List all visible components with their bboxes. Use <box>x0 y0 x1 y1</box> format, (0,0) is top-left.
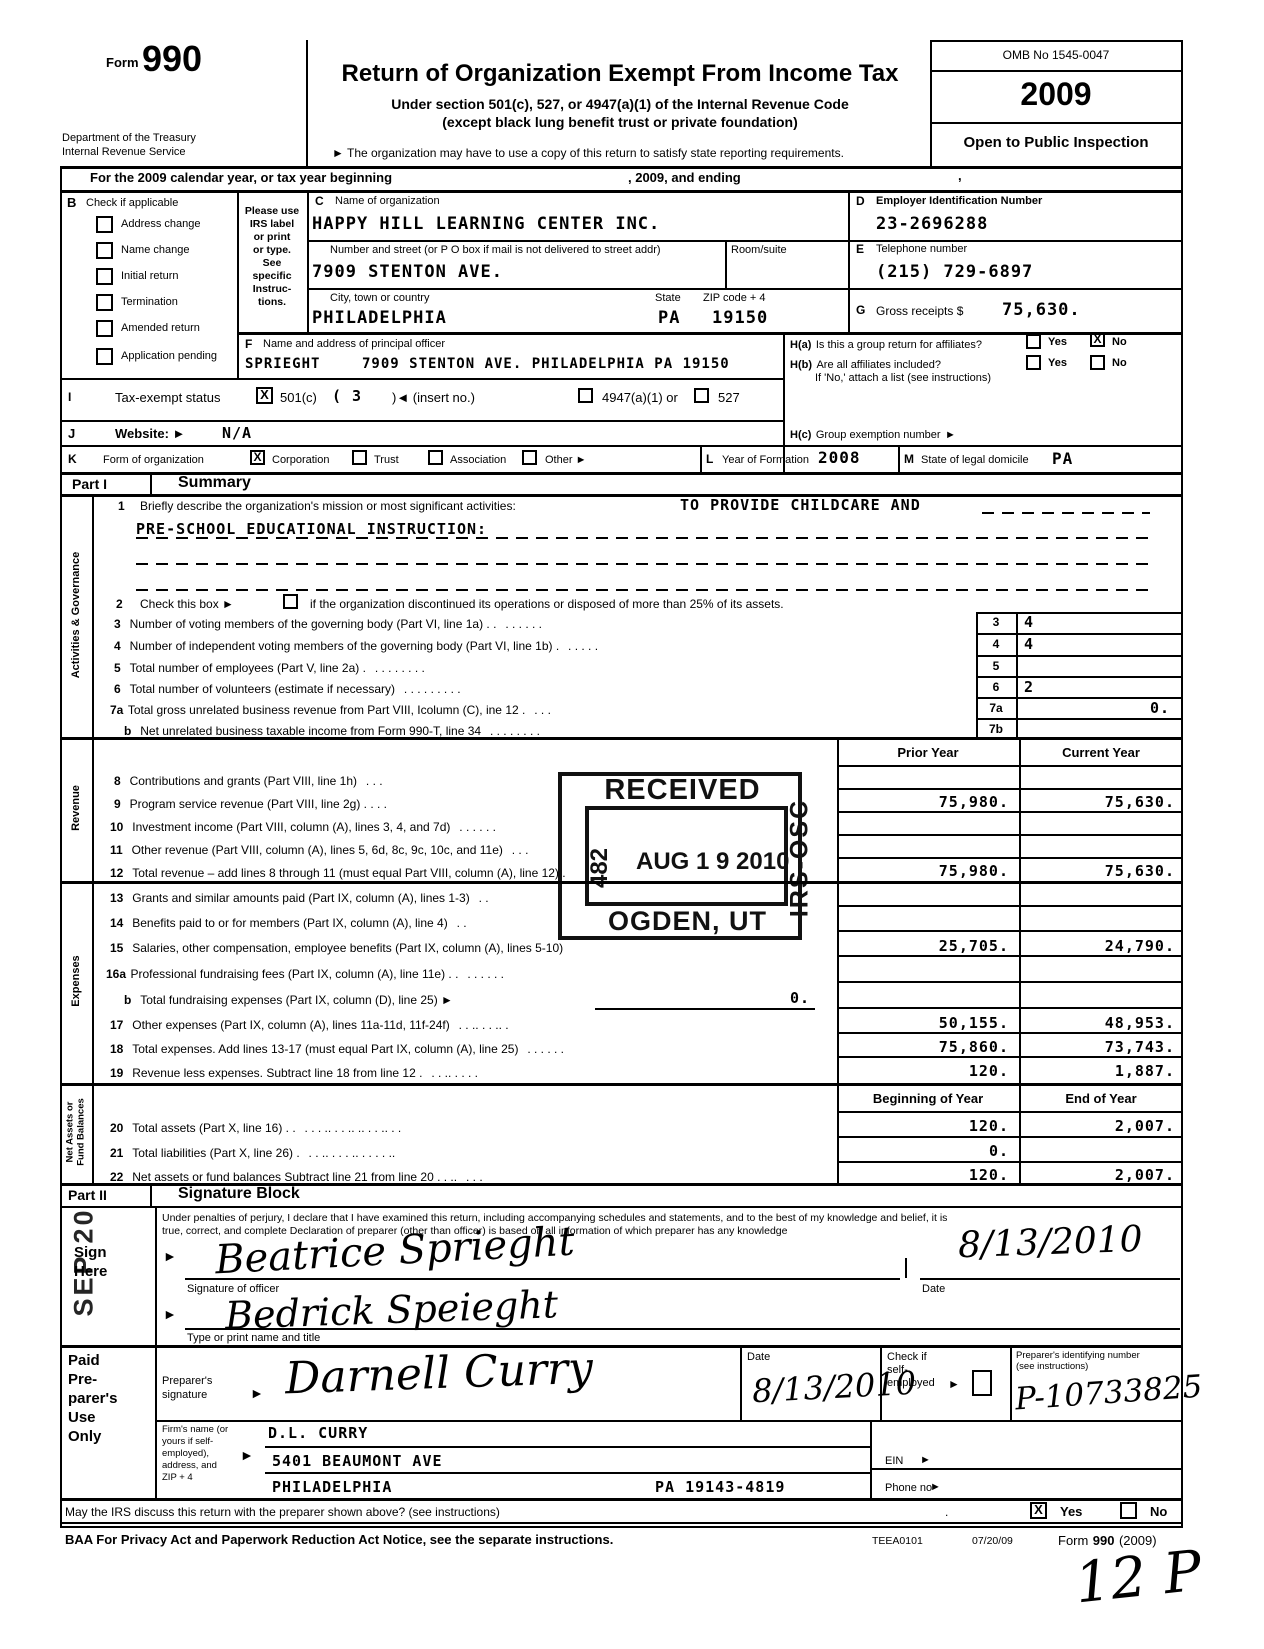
line-19: 19 Revenue less expenses. Subtract line … <box>110 1064 834 1082</box>
line14-label: Benefits paid to or for members (Part IX… <box>132 916 447 930</box>
stamp-number: 482 <box>586 848 614 888</box>
line2-pre: Check this box ► <box>140 597 234 611</box>
line-4: 4 Number of independent voting members o… <box>114 637 964 655</box>
line6-value: 2 <box>1024 678 1034 696</box>
ha-no-label: No <box>1112 336 1127 348</box>
header-note: ► The organization may have to use a cop… <box>332 146 932 160</box>
firm-label-5: ZIP + 4 <box>162 1472 193 1483</box>
divider <box>155 1420 1183 1422</box>
line7b-label: Net unrelated business taxable income fr… <box>140 724 481 738</box>
tax-year-line-end: , 2009, and ending <box>628 170 741 185</box>
leader-dots: . . . . . . . . <box>375 661 425 675</box>
form-subtitle2: (except black lung benefit trust or priv… <box>310 114 930 130</box>
divider <box>92 494 94 1183</box>
ptin-value: P-10733825 <box>1014 1369 1203 1418</box>
divider <box>60 378 783 380</box>
officer-date-label: Date <box>922 1283 945 1295</box>
page-right-border <box>1181 40 1183 1526</box>
section-b-label: B <box>67 195 76 210</box>
part1-title: Summary <box>178 474 251 492</box>
section-c-label: C <box>315 194 324 208</box>
divider <box>848 190 850 332</box>
divider <box>930 70 1183 72</box>
checkbox-application-pending <box>96 348 113 365</box>
part2-label: Part II <box>68 1187 107 1203</box>
leader-dots: . . . <box>466 1170 483 1184</box>
sidebar-governance: Activities & Governance <box>70 552 82 679</box>
divider <box>725 240 727 288</box>
leader-dots: . . . . . . . . . <box>404 682 461 696</box>
line9-prior: 75,980. <box>847 793 1009 811</box>
line7a-value: 0. <box>1020 699 1170 717</box>
hc-arrow: ► <box>945 429 956 441</box>
page-left-border <box>60 168 62 1526</box>
form-footer-num: 990 <box>1093 1533 1115 1548</box>
year-formation-heading: Year of Formation <box>722 454 809 466</box>
line12-current: 75,630. <box>1027 862 1175 880</box>
section-m-label: M <box>904 452 914 466</box>
line6-label: Total number of volunteers (estimate if … <box>130 682 395 696</box>
line17-current: 48,953. <box>1027 1014 1175 1032</box>
domicile-heading: State of legal domicile <box>921 454 1029 466</box>
line21-boy: 0. <box>847 1142 1009 1160</box>
phone-arrow: ► <box>930 1481 941 1493</box>
section-g-label: G <box>856 303 865 317</box>
line12-prior: 75,980. <box>847 862 1009 880</box>
leader-dots: . . . . . . . . <box>490 724 540 738</box>
ptin-label-2: (see instructions) <box>1016 1361 1088 1372</box>
line-6: 6 Total number of volunteers (estimate i… <box>114 680 964 698</box>
divider <box>976 612 1183 614</box>
self-employed-arrow: ► <box>948 1377 960 1391</box>
divider <box>837 1032 1183 1034</box>
domicile-value: PA <box>1052 449 1073 468</box>
line4-num: 4 <box>114 639 121 653</box>
divider <box>837 981 1183 983</box>
baa-notice: BAA For Privacy Act and Paperwork Reduct… <box>65 1532 613 1547</box>
leader-dots: . . . . . . <box>505 617 542 631</box>
line15-prior: 25,705. <box>847 937 1009 955</box>
firm-state-zip-value: PA 19143-4819 <box>655 1478 785 1496</box>
501c-x: X <box>260 387 269 402</box>
label-4947: 4947(a)(1) or <box>602 390 678 405</box>
divider <box>307 190 309 332</box>
hb-yes-label: Yes <box>1048 357 1067 369</box>
sidebar-net-assets-1: Net Assets or <box>65 1102 76 1163</box>
checkbox-hb-no <box>1090 355 1105 370</box>
label-initial-return: Initial return <box>121 270 178 282</box>
line-15: 15 Salaries, other compensation, employe… <box>110 939 834 957</box>
line16b-label: Total fundraising expenses (Part IX, col… <box>140 993 453 1007</box>
firm-label-3: employed), <box>162 1448 209 1459</box>
divider <box>837 1007 1183 1009</box>
checkbox-address-change <box>96 216 113 233</box>
divider <box>837 905 1183 907</box>
handwritten-scribble: 12 P <box>1072 1539 1205 1617</box>
open-to-public: Open to Public Inspection <box>932 134 1180 151</box>
divider <box>976 633 1183 635</box>
hc-text: Group exemption number <box>816 429 941 441</box>
divider <box>60 420 783 422</box>
form-word: Form <box>106 55 139 70</box>
divider <box>60 1206 1183 1208</box>
line13-label: Grants and similar amounts paid (Part IX… <box>132 891 469 905</box>
line20-eoy: 2,007. <box>1027 1117 1175 1135</box>
divider <box>60 1083 1183 1086</box>
firm-city-value: PHILADELPHIA <box>272 1478 392 1496</box>
line19-current: 1,887. <box>1027 1062 1175 1080</box>
form-subtitle1: Under section 501(c), 527, or 4947(a)(1)… <box>310 96 930 112</box>
line15-label: Salaries, other compensation, employee b… <box>132 941 563 955</box>
line10-label: Investment income (Part VIII, column (A)… <box>132 820 450 834</box>
paid-word: Paid <box>68 1352 100 1369</box>
please-use-4: or type. <box>239 244 305 256</box>
line9-current: 75,630. <box>1027 793 1175 811</box>
form-of-org-heading: Form of organization <box>103 454 204 466</box>
please-use-5: See <box>239 257 305 269</box>
line3-label: Number of voting members of the governin… <box>130 617 497 631</box>
checkbox-hb-yes <box>1026 355 1041 370</box>
checkbox-other <box>522 450 537 465</box>
parers-word: parer's <box>68 1390 117 1407</box>
discuss-yes-label: Yes <box>1060 1504 1082 1519</box>
line5-num: 5 <box>114 661 121 675</box>
line16b-num: b <box>124 993 131 1007</box>
room-suite-heading: Room/suite <box>731 244 787 256</box>
line19-prior: 120. <box>847 1062 1009 1080</box>
may-discuss-text: May the IRS discuss this return with the… <box>65 1505 500 1519</box>
hb-note: If 'No,' attach a list (see instructions… <box>815 372 991 384</box>
hb-no-label: No <box>1112 357 1127 369</box>
checkbox-discuss-yes: X <box>1030 1502 1047 1519</box>
divider <box>930 122 1183 124</box>
line7a-num: 7a <box>110 703 123 717</box>
dashed-line <box>136 537 1150 539</box>
divider <box>837 930 1183 932</box>
line9-num: 9 <box>114 797 121 811</box>
preparer-date-label: Date <box>747 1351 770 1363</box>
ein-value: 23-2696288 <box>876 214 988 234</box>
line-5: 5 Total number of employees (Part V, lin… <box>114 659 964 677</box>
ha-label: H(a) <box>790 339 811 351</box>
divider <box>870 1468 1183 1470</box>
street-value: 7909 STENTON AVE. <box>312 262 503 282</box>
line16a-label: Professional fundraising fees (Part IX, … <box>130 967 458 981</box>
line7b-num: b <box>124 724 131 738</box>
city-heading: City, town or country <box>330 292 429 304</box>
divider <box>306 40 308 168</box>
preparer-sign-arrow: ► <box>250 1385 264 1401</box>
ha-row: H(a) Is this a group return for affiliat… <box>790 335 982 353</box>
line8-label: Contributions and grants (Part VIII, lin… <box>130 774 357 788</box>
phone-heading: Telephone number <box>876 243 967 255</box>
line-16a: 16a Professional fundraising fees (Part … <box>106 965 834 983</box>
printed-name-line <box>185 1328 1180 1330</box>
line19-label: Revenue less expenses. Subtract line 18 … <box>132 1066 422 1080</box>
divider <box>1010 1345 1012 1420</box>
leader-dots: . . <box>457 916 467 930</box>
divider <box>265 1446 870 1448</box>
section-i-label: I <box>68 390 71 404</box>
checkbox-association <box>428 450 443 465</box>
line2-num: 2 <box>116 597 123 611</box>
label-address-change: Address change <box>121 218 201 230</box>
checkbox-4947 <box>578 388 593 403</box>
line6-num: 6 <box>114 682 121 696</box>
line5-label: Total number of employees (Part V, line … <box>130 661 366 675</box>
divider <box>783 332 785 472</box>
please-use-3: or print <box>239 231 305 243</box>
checkbox-ha-yes <box>1026 334 1041 349</box>
org-name-heading: Name of organization <box>335 195 440 207</box>
teea-code: TEEA0101 <box>872 1535 923 1547</box>
discuss-yes-x: X <box>1034 1502 1043 1517</box>
hb-row: H(b) Are all affiliates included? <box>790 355 941 373</box>
checkbox-501c: X <box>256 387 273 404</box>
divider <box>60 1345 1183 1348</box>
line18-prior: 75,860. <box>847 1038 1009 1056</box>
sign-word: Sign <box>74 1244 107 1261</box>
omb-number: OMB No 1545-0047 <box>932 48 1180 62</box>
line16b-inline-value: 0. <box>700 989 810 1007</box>
divider <box>265 1472 870 1474</box>
leader-dots: . . . . . . <box>467 967 504 981</box>
street-heading: Number and street (or P O box if mail is… <box>330 244 661 256</box>
line1-label: Briefly describe the organization's miss… <box>140 499 516 513</box>
part2-title: Signature Block <box>178 1185 300 1203</box>
check-if-label-2: self- <box>887 1364 908 1376</box>
divider <box>837 834 1183 836</box>
dept-line1: Department of the Treasury <box>62 132 196 144</box>
line8-num: 8 <box>114 774 121 788</box>
line15-num: 15 <box>110 941 123 955</box>
checkbox-initial-return <box>96 268 113 285</box>
line2-post: if the organization discontinued its ope… <box>310 597 784 611</box>
ha-no-x: X <box>1093 332 1101 346</box>
use-word: Use <box>68 1409 96 1426</box>
hc-row: H(c) Group exemption number ► <box>790 425 956 443</box>
mission-value-1: TO PROVIDE CHILDCARE AND <box>680 496 921 514</box>
line13-num: 13 <box>110 891 123 905</box>
checkbox-527 <box>694 388 709 403</box>
line3-box: 3 <box>976 615 1016 629</box>
stamp-irs-osc: IRS-OSC <box>786 799 815 917</box>
col-current-year: Current Year <box>1019 745 1183 760</box>
sidebar-revenue: Revenue <box>70 785 82 831</box>
line-20: 20 Total assets (Part X, line 16) . . . … <box>110 1119 834 1137</box>
line19-num: 19 <box>110 1066 123 1080</box>
corporation-x: X <box>253 450 261 464</box>
dashed-line <box>982 512 1150 514</box>
stamp-date: AUG 1 9 2010 <box>636 848 789 876</box>
divider <box>930 40 1183 42</box>
divider <box>700 445 702 472</box>
divider <box>1019 737 1021 1183</box>
section-e-label: E <box>856 242 864 256</box>
line9-label: Program service revenue (Part VIII, line… <box>130 797 387 811</box>
part1-label: Part I <box>72 476 107 492</box>
preparer-sig-label-1: Preparer's <box>162 1375 212 1387</box>
firm-arrow: ► <box>240 1447 254 1463</box>
stamp-received-text: RECEIVED <box>575 774 790 807</box>
form-number: 990 <box>142 38 202 80</box>
line1-num: 1 <box>118 499 125 513</box>
divider <box>905 1258 907 1278</box>
preparer-signature: Darnell Curry <box>284 1343 594 1405</box>
divider <box>870 1420 872 1500</box>
line11-num: 11 <box>110 843 123 857</box>
only-word: Only <box>68 1428 101 1445</box>
zip-value: 19150 <box>712 308 768 328</box>
checkbox-self-employed <box>972 1370 992 1396</box>
line21-num: 21 <box>110 1146 123 1160</box>
year-formation-value: 2008 <box>818 448 861 467</box>
divider <box>60 737 1183 740</box>
type-or-print-label: Type or print name and title <box>187 1332 320 1344</box>
discuss-no-label: No <box>1150 1504 1167 1519</box>
form-footer-pre: Form <box>1058 1533 1088 1548</box>
line22-label: Net assets or fund balances Subtract lin… <box>132 1170 457 1184</box>
phone-cell-label: Phone no <box>885 1482 932 1494</box>
label-corporation: Corporation <box>272 454 329 466</box>
revision-date: 07/20/09 <box>972 1535 1013 1547</box>
line5-box: 5 <box>976 659 1016 673</box>
divider <box>595 1008 815 1010</box>
divider <box>837 737 839 1183</box>
section-l-label: L <box>706 452 713 466</box>
line17-prior: 50,155. <box>847 1014 1009 1032</box>
mission-value-2: PRE-SCHOOL EDUCATIONAL INSTRUCTION: <box>136 520 487 538</box>
please-use-6: specific <box>239 270 305 282</box>
checkbox-name-change <box>96 242 113 259</box>
divider <box>60 445 1183 447</box>
please-use-8: tions. <box>239 296 305 308</box>
please-use-2: IRS label <box>239 218 305 230</box>
tax-year: 2009 <box>932 76 1180 113</box>
divider <box>307 288 1183 290</box>
leader-dots: . . .. . . .. . <box>459 1018 509 1032</box>
line17-num: 17 <box>110 1018 123 1032</box>
line7a-box: 7a <box>976 701 1016 715</box>
line20-boy: 120. <box>847 1117 1009 1135</box>
please-use-7: Instruc- <box>239 283 305 295</box>
divider <box>837 788 1183 790</box>
line22-num: 22 <box>110 1170 123 1184</box>
form-title: Return of Organization Exempt From Incom… <box>310 60 930 88</box>
firm-label-2: yours if self- <box>162 1436 213 1447</box>
divider <box>976 718 1183 720</box>
dashed-line <box>136 563 1150 565</box>
dept-line2: Internal Revenue Service <box>62 146 186 158</box>
firm-label-1: Firm's name (or <box>162 1424 228 1435</box>
label-other: Other ► <box>545 454 586 466</box>
divider <box>837 1161 1183 1163</box>
line-17: 17 Other expenses (Part IX, column (A), … <box>110 1016 834 1034</box>
divider <box>837 1136 1183 1138</box>
preparer-sig-label-2: signature <box>162 1389 207 1401</box>
state-heading: State <box>655 292 681 304</box>
principal-officer-name: SPRIEGHT <box>245 356 320 372</box>
label-association: Association <box>450 454 506 466</box>
officer-print-arrow: ► <box>163 1306 177 1322</box>
line-21: 21 Total liabilities (Part X, line 26) .… <box>110 1144 834 1162</box>
divider <box>237 332 1183 335</box>
line14-num: 14 <box>110 916 123 930</box>
section-f-label: F <box>245 337 252 351</box>
leader-dots: . . . .. . . .. .. . . .. . . <box>305 1121 402 1135</box>
section-d-label: D <box>856 194 865 208</box>
firm-label-4: address, and <box>162 1460 217 1471</box>
divider <box>837 811 1183 813</box>
line18-label: Total expenses. Add lines 13-17 (must eq… <box>132 1042 518 1056</box>
principal-officer-address: 7909 STENTON AVE. PHILADELPHIA PA 19150 <box>362 356 730 372</box>
line16a-num: 16a <box>106 967 126 981</box>
divider <box>60 1526 1183 1528</box>
line17-label: Other expenses (Part IX, column (A), lin… <box>132 1018 449 1032</box>
checkbox-discontinued <box>283 594 298 609</box>
line21-label: Total liabilities (Part X, line 26) . <box>132 1146 299 1160</box>
ein-arrow: ► <box>920 1454 931 1466</box>
line18-current: 73,743. <box>1027 1038 1175 1056</box>
line11-label: Other revenue (Part VIII, column (A), li… <box>132 843 503 857</box>
divider <box>60 1522 1183 1524</box>
ein-heading: Employer Identification Number <box>876 195 1042 207</box>
leader-dots: . . . . . <box>568 639 598 653</box>
leader-dots: . . .. . . . . <box>431 1066 478 1080</box>
line22-boy: 120. <box>847 1166 1009 1184</box>
line-7a: 7a Total gross unrelated business revenu… <box>110 701 960 719</box>
check-if-label-3: employed <box>887 1377 935 1389</box>
sidebar-expenses: Expenses <box>70 955 82 1006</box>
tax-year-line-begin: For the 2009 calendar year, or tax year … <box>90 170 392 185</box>
line12-num: 12 <box>110 866 123 880</box>
line4-value: 4 <box>1024 635 1034 653</box>
label-application-pending: Application pending <box>121 350 217 362</box>
section-j-label: J <box>68 426 75 441</box>
hb-text: Are all affiliates included? <box>816 359 941 371</box>
leader-dots: . . <box>479 891 489 905</box>
gross-receipts-heading: Gross receipts $ <box>876 304 963 318</box>
line6-box: 6 <box>976 680 1016 694</box>
divider <box>60 1498 1183 1501</box>
divider <box>60 190 1183 193</box>
signature-line <box>185 1278 900 1280</box>
divider <box>880 1345 882 1420</box>
col-prior-year: Prior Year <box>837 745 1019 760</box>
checkbox-corporation: X <box>250 450 265 465</box>
ein-cell-label: EIN <box>885 1455 903 1467</box>
stamp-place: OGDEN, UT <box>608 906 767 937</box>
line4-label: Number of independent voting members of … <box>130 639 560 653</box>
divider <box>837 1111 1183 1113</box>
sep-20-stamp: SEP 20 <box>69 1207 100 1316</box>
divider <box>837 1056 1183 1058</box>
line3-num: 3 <box>114 617 121 631</box>
divider <box>837 955 1183 957</box>
line7a-label: Total gross unrelated business revenue f… <box>128 703 526 717</box>
section-k-label: K <box>68 452 77 466</box>
ptin-label-1: Preparer's identifying number <box>1016 1350 1140 1361</box>
divider <box>837 857 1183 859</box>
checkbox-termination <box>96 294 113 311</box>
label-527: 527 <box>718 390 740 405</box>
label-trust: Trust <box>374 454 399 466</box>
check-if-label-1: Check if <box>887 1351 927 1363</box>
divider <box>976 676 1183 678</box>
leader-dots: . . .. . . . .. . . . . .. <box>309 1146 396 1160</box>
col-beginning-of-year: Beginning of Year <box>837 1091 1019 1106</box>
line4-box: 4 <box>976 637 1016 651</box>
